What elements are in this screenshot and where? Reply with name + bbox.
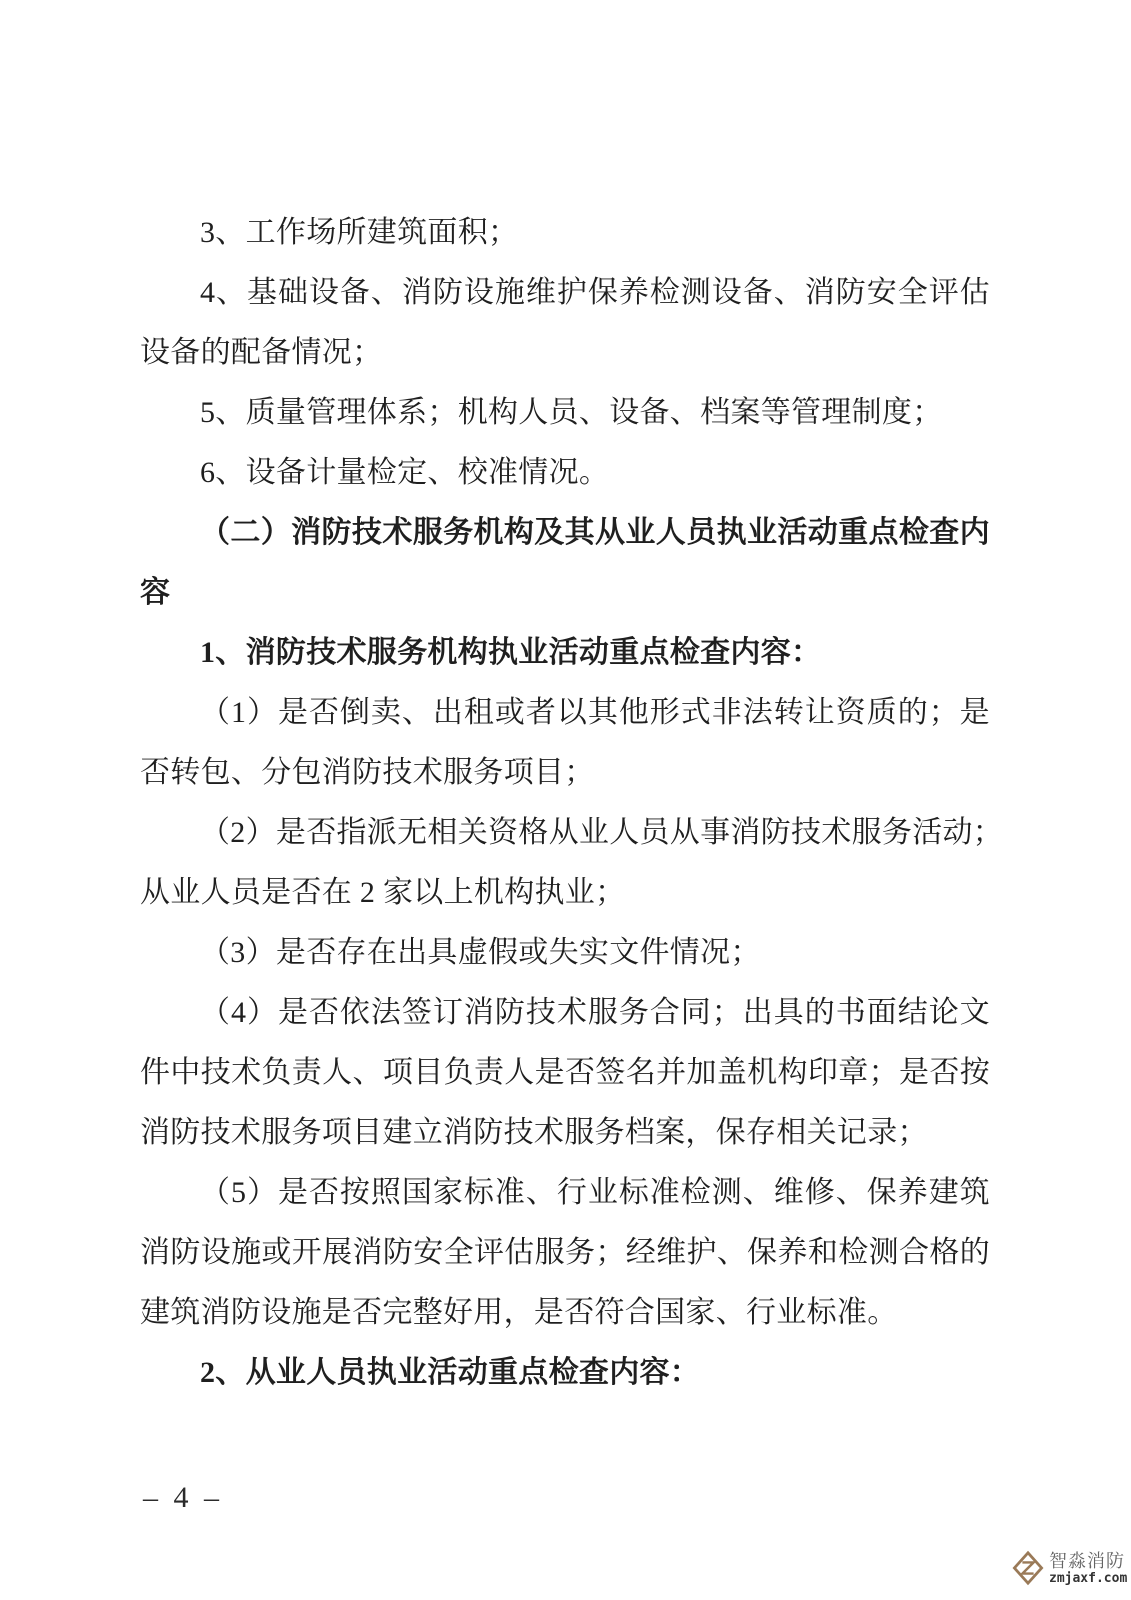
brand-url: zmjaxf.com <box>1049 1571 1127 1586</box>
body-paragraph: （4）是否依法签订消防技术服务合同；出具的书面结论文件中技术负责人、项目负责人是… <box>140 983 990 1163</box>
text-line: 否转包、分包消防技术服务项目； <box>140 743 990 803</box>
heading-paragraph: 2、从业人员执业活动重点检查内容： <box>140 1343 990 1403</box>
text-line: 容 <box>140 563 990 623</box>
body-paragraph: 4、基础设备、消防设施维护保养检测设备、消防安全评估设备的配备情况； <box>140 263 990 383</box>
text-line: 从业人员是否在 2 家以上机构执业； <box>140 863 990 923</box>
body-paragraph: 3、工作场所建筑面积； <box>140 203 990 263</box>
text-line: （二）消防技术服务机构及其从业人员执业活动重点检查内 <box>140 503 990 563</box>
document-page: 3、工作场所建筑面积；4、基础设备、消防设施维护保养检测设备、消防安全评估设备的… <box>0 0 1131 1600</box>
body-paragraph: 6、设备计量检定、校准情况。 <box>140 443 990 503</box>
brand-name: 智淼消防 <box>1049 1551 1127 1571</box>
text-line: 2、从业人员执业活动重点检查内容： <box>140 1343 990 1403</box>
text-line: （2）是否指派无相关资格从业人员从事消防技术服务活动； <box>140 803 990 863</box>
text-line: （4）是否依法签订消防技术服务合同；出具的书面结论文 <box>140 983 990 1043</box>
brand-watermark: 智淼消防 zmjaxf.com <box>1012 1550 1127 1586</box>
text-line: （5）是否按照国家标准、行业标准检测、维修、保养建筑 <box>140 1163 990 1223</box>
diamond-z-logo-icon <box>1012 1550 1044 1586</box>
text-line: 件中技术负责人、项目负责人是否签名并加盖机构印章；是否按 <box>140 1043 990 1103</box>
text-line: 设备的配备情况； <box>140 323 990 383</box>
text-line: 6、设备计量检定、校准情况。 <box>140 443 990 503</box>
body-paragraph: （5）是否按照国家标准、行业标准检测、维修、保养建筑消防设施或开展消防安全评估服… <box>140 1163 990 1343</box>
text-line: 3、工作场所建筑面积； <box>140 203 990 263</box>
text-line: （1）是否倒卖、出租或者以其他形式非法转让资质的；是 <box>140 683 990 743</box>
body-paragraph: （2）是否指派无相关资格从业人员从事消防技术服务活动；从业人员是否在 2 家以上… <box>140 803 990 923</box>
text-line: 消防技术服务项目建立消防技术服务档案，保存相关记录； <box>140 1103 990 1163</box>
body-paragraph: 5、质量管理体系；机构人员、设备、档案等管理制度； <box>140 383 990 443</box>
text-line: 5、质量管理体系；机构人员、设备、档案等管理制度； <box>140 383 990 443</box>
text-line: 1、消防技术服务机构执业活动重点检查内容： <box>140 623 990 683</box>
brand-text: 智淼消防 zmjaxf.com <box>1049 1551 1127 1586</box>
text-line: 消防设施或开展消防安全评估服务；经维护、保养和检测合格的 <box>140 1223 990 1283</box>
text-line: （3）是否存在出具虚假或失实文件情况； <box>140 923 990 983</box>
page-number: – 4 – <box>143 1480 223 1516</box>
text-line: 4、基础设备、消防设施维护保养检测设备、消防安全评估 <box>140 263 990 323</box>
text-line: 建筑消防设施是否完整好用，是否符合国家、行业标准。 <box>140 1283 990 1343</box>
body-paragraph: （1）是否倒卖、出租或者以其他形式非法转让资质的；是否转包、分包消防技术服务项目… <box>140 683 990 803</box>
heading-paragraph: （二）消防技术服务机构及其从业人员执业活动重点检查内容 <box>140 503 990 623</box>
body-paragraph: （3）是否存在出具虚假或失实文件情况； <box>140 923 990 983</box>
document-body: 3、工作场所建筑面积；4、基础设备、消防设施维护保养检测设备、消防安全评估设备的… <box>140 203 990 1403</box>
heading-paragraph: 1、消防技术服务机构执业活动重点检查内容： <box>140 623 990 683</box>
